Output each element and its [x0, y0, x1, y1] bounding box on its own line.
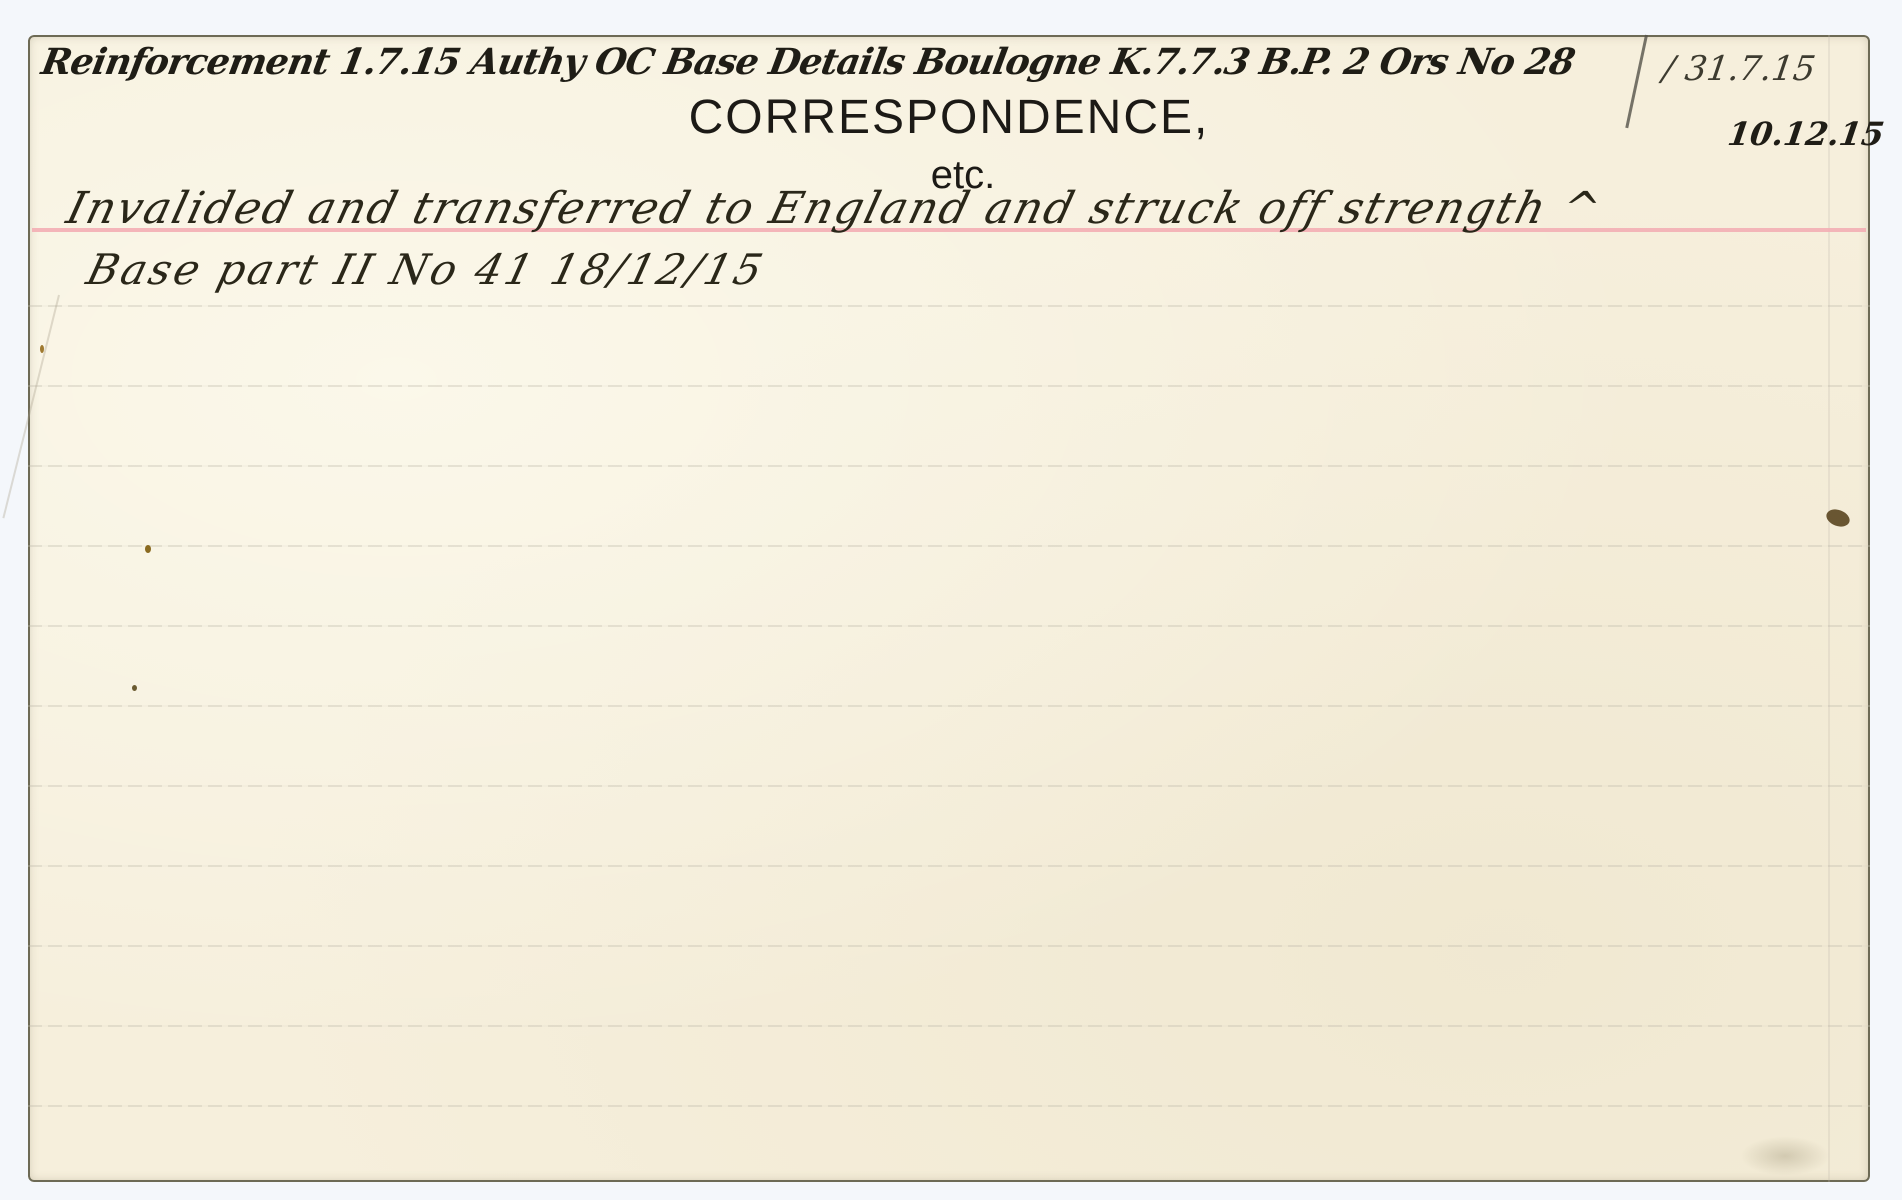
ruled-line [28, 465, 1870, 467]
printed-title: CORRESPONDENCE, [28, 90, 1870, 145]
speck [40, 345, 44, 353]
ruled-line [28, 385, 1870, 387]
speck [132, 685, 137, 691]
ruled-line [28, 625, 1870, 627]
ruled-line [28, 305, 1870, 307]
record-card: CORRESPONDENCE, etc. Reinforcement 1.7.1… [28, 35, 1870, 1182]
ruled-line [28, 785, 1870, 787]
margin-line [1828, 35, 1830, 1182]
ruled-line [28, 545, 1870, 547]
ruled-line [28, 705, 1870, 707]
ruled-line [28, 865, 1870, 867]
handwritten-line-3: Base part II No 41 18/12/15 [82, 245, 770, 294]
speck [145, 545, 151, 553]
ruled-line [28, 1105, 1870, 1107]
handwritten-line-2: Invalided and transferred to England and… [62, 183, 1608, 234]
ruled-line [28, 1025, 1870, 1027]
paper-crease [2, 295, 60, 519]
handwritten-line-1-date: / 31.7.15 [1660, 49, 1818, 89]
handwritten-line-1: Reinforcement 1.7.15 Authy OC Base Detai… [38, 41, 1577, 83]
ruled-line [28, 945, 1870, 947]
handwritten-margin-date: 10.12.15 [1725, 115, 1886, 153]
corner-wear [1740, 1136, 1830, 1176]
